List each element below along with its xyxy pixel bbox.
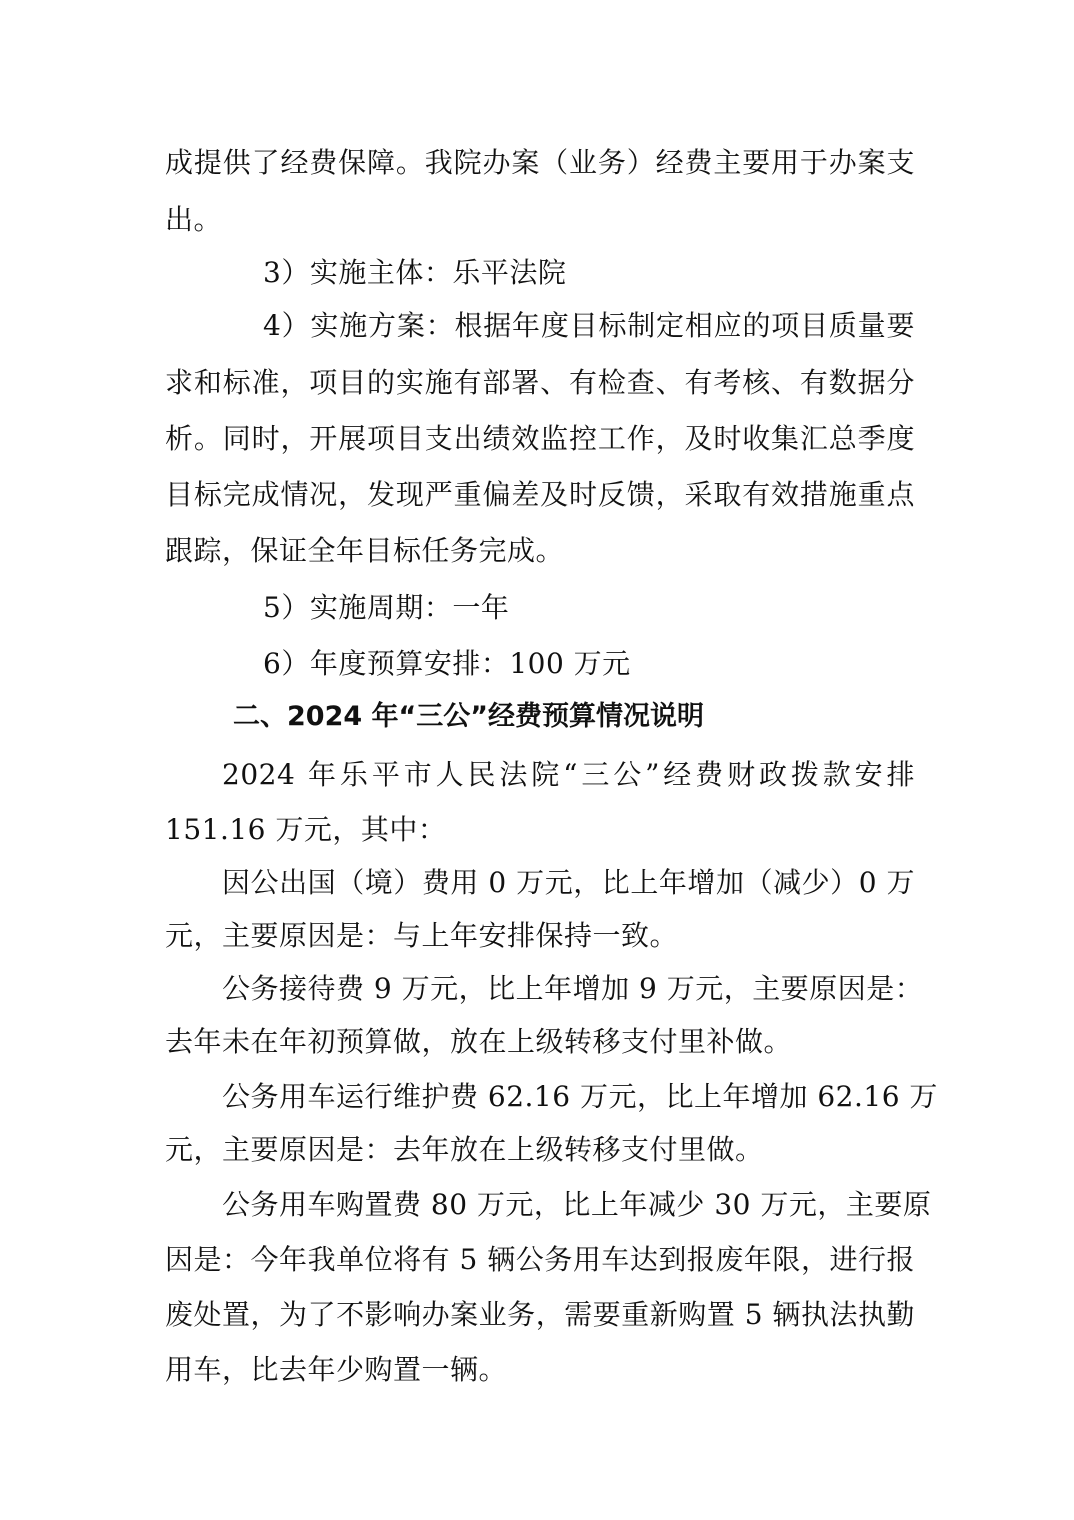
list-item-annual-budget: 6）年度预算安排：100 万元 — [263, 647, 1013, 681]
list-item-implementation-plan: 4）实施方案：根据年度目标制定相应的项目质量要 — [263, 309, 915, 343]
paragraph-line: 成提供了经费保障。我院办案（业务）经费主要用于办案支 — [165, 146, 915, 180]
paragraph-line: 出。 — [165, 203, 915, 237]
list-item-implementation-period: 5）实施周期：一年 — [263, 591, 1013, 625]
paragraph-line: 跟踪，保证全年目标任务完成。 — [165, 534, 915, 568]
paragraph-line: 元，主要原因是：与上年安排保持一致。 — [165, 919, 915, 953]
paragraph-line: 公务用车购置费 80 万元，比上年减少 30 万元，主要原 — [222, 1188, 915, 1222]
paragraph-line: 公务用车运行维护费 62.16 万元，比上年增加 62.16 万 — [222, 1080, 915, 1114]
paragraph-line: 公务接待费 9 万元，比上年增加 9 万元，主要原因是： — [222, 972, 915, 1006]
paragraph-line: 151.16 万元，其中： — [165, 813, 915, 847]
paragraph-line: 废处置，为了不影响办案业务，需要重新购置 5 辆执法执勤 — [165, 1298, 915, 1332]
paragraph-line: 2024 年乐平市人民法院“三公”经费财政拨款安排 — [222, 758, 915, 792]
paragraph-line: 去年未在年初预算做，放在上级转移支付里补做。 — [165, 1025, 915, 1059]
paragraph-line: 求和标准，项目的实施有部署、有检查、有考核、有数据分 — [165, 366, 915, 400]
paragraph-line: 目标完成情况，发现严重偏差及时反馈，采取有效措施重点 — [165, 478, 915, 512]
paragraph-line: 用车，比去年少购置一辆。 — [165, 1353, 915, 1387]
paragraph-line: 因公出国（境）费用 0 万元，比上年增加（减少）0 万 — [222, 866, 915, 900]
section-heading: 二、2024 年“三公”经费预算情况说明 — [233, 700, 704, 734]
paragraph-line: 元，主要原因是：去年放在上级转移支付里做。 — [165, 1133, 915, 1167]
paragraph-line: 因是：今年我单位将有 5 辆公务用车达到报废年限，进行报 — [165, 1243, 915, 1277]
list-item-implementing-body: 3）实施主体：乐平法院 — [263, 256, 1013, 290]
paragraph-line: 析。同时，开展项目支出绩效监控工作，及时收集汇总季度 — [165, 422, 915, 456]
